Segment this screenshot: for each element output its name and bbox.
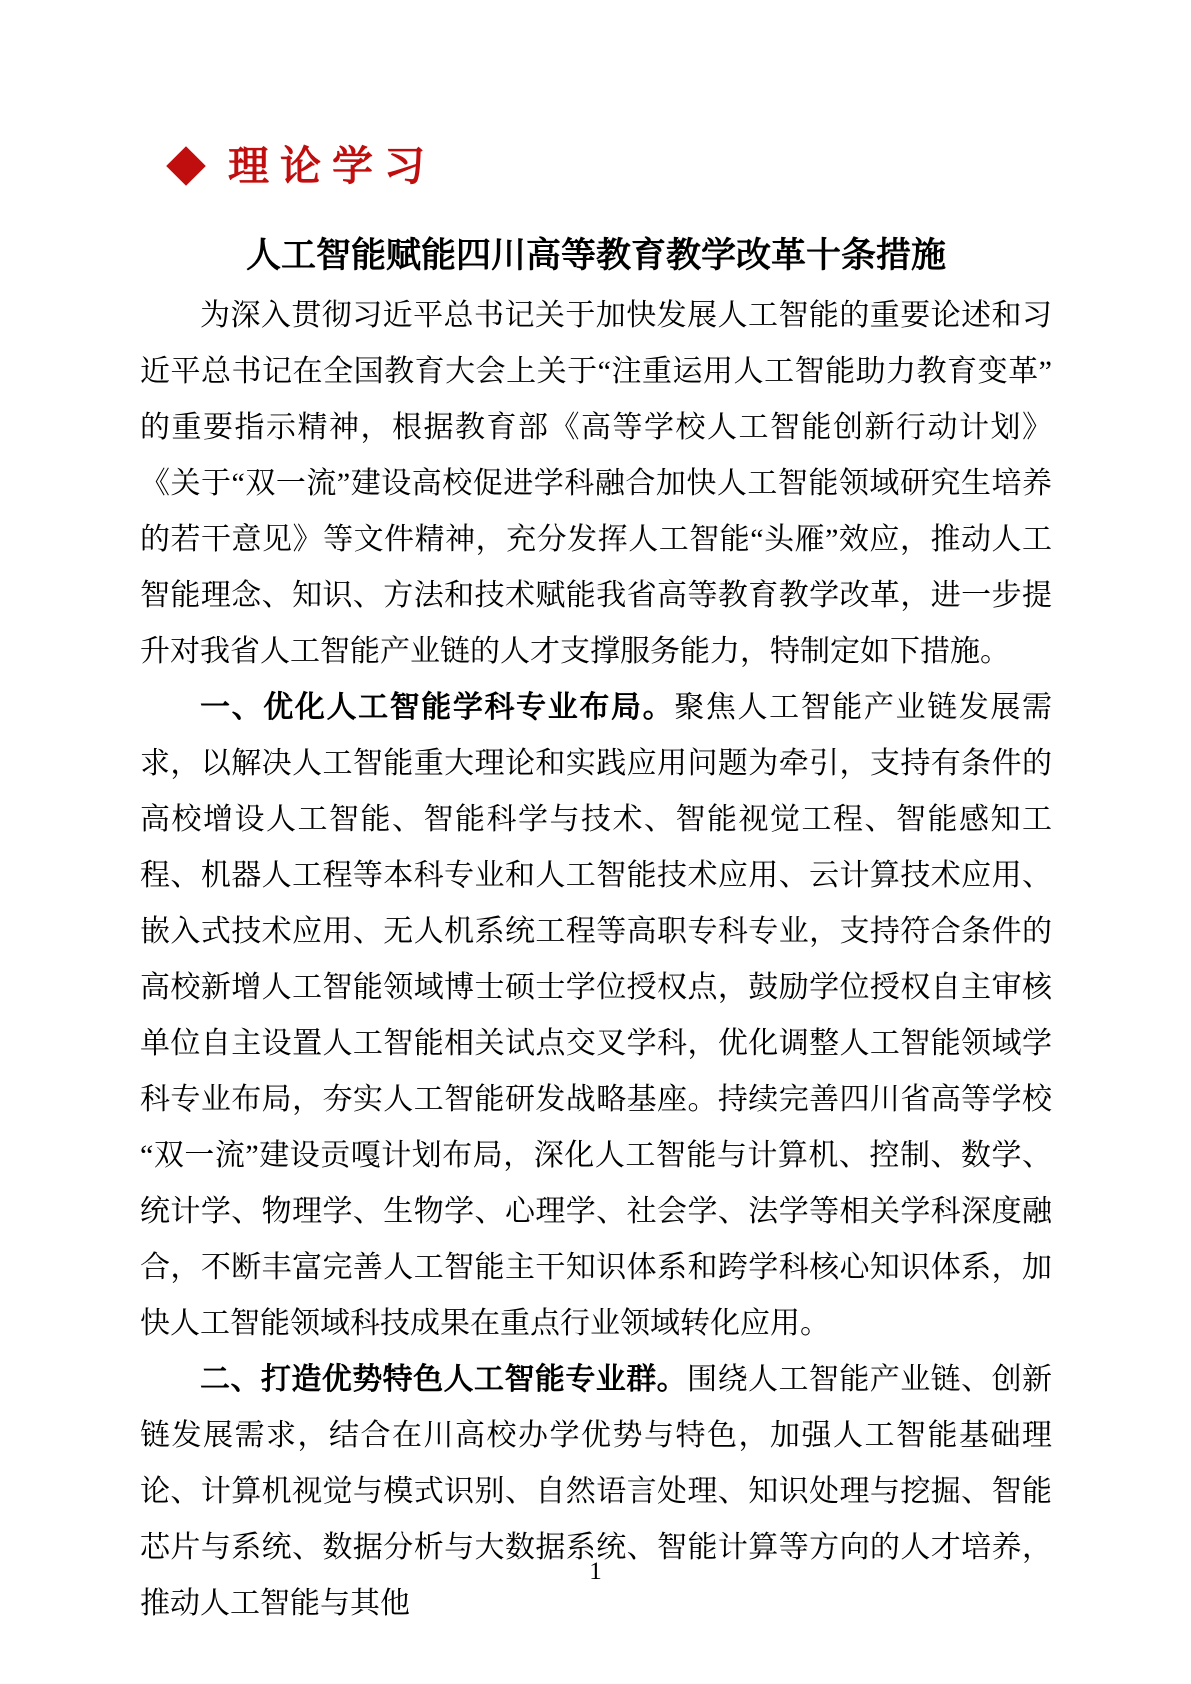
paragraph-measure-1-text: 聚焦人工智能产业链发展需求，以解决人工智能重大理论和实践应用问题为牵引，支持有条… — [140, 691, 1052, 1340]
paragraph-intro: 为深入贯彻习近平总书记关于加快发展人工智能的重要论述和习近平总书记在全国教育大会… — [140, 288, 1052, 680]
document-body: 为深入贯彻习近平总书记关于加快发展人工智能的重要论述和习近平总书记在全国教育大会… — [140, 288, 1052, 1632]
diamond-bullet-icon — [166, 146, 206, 186]
section-header: 理论学习 — [172, 142, 436, 190]
paragraph-measure-2: 二、打造优势特色人工智能专业群。围绕人工智能产业链、创新链发展需求，结合在川高校… — [140, 1352, 1052, 1632]
document-content: 人工智能赋能四川高等教育教学改革十条措施 为深入贯彻习近平总书记关于加快发展人工… — [140, 232, 1052, 1632]
paragraph-measure-1-heading: 一、优化人工智能学科专业布局。 — [200, 691, 674, 724]
page-number: 1 — [0, 1556, 1191, 1588]
document-title: 人工智能赋能四川高等教育教学改革十条措施 — [140, 232, 1052, 280]
document-page: 理论学习 人工智能赋能四川高等教育教学改革十条措施 为深入贯彻习近平总书记关于加… — [0, 0, 1191, 1684]
paragraph-measure-1: 一、优化人工智能学科专业布局。聚焦人工智能产业链发展需求，以解决人工智能重大理论… — [140, 680, 1052, 1352]
section-header-label: 理论学习 — [228, 142, 436, 190]
paragraph-measure-2-heading: 二、打造优势特色人工智能专业群。 — [200, 1363, 687, 1396]
paragraph-intro-text: 为深入贯彻习近平总书记关于加快发展人工智能的重要论述和习近平总书记在全国教育大会… — [140, 299, 1052, 668]
